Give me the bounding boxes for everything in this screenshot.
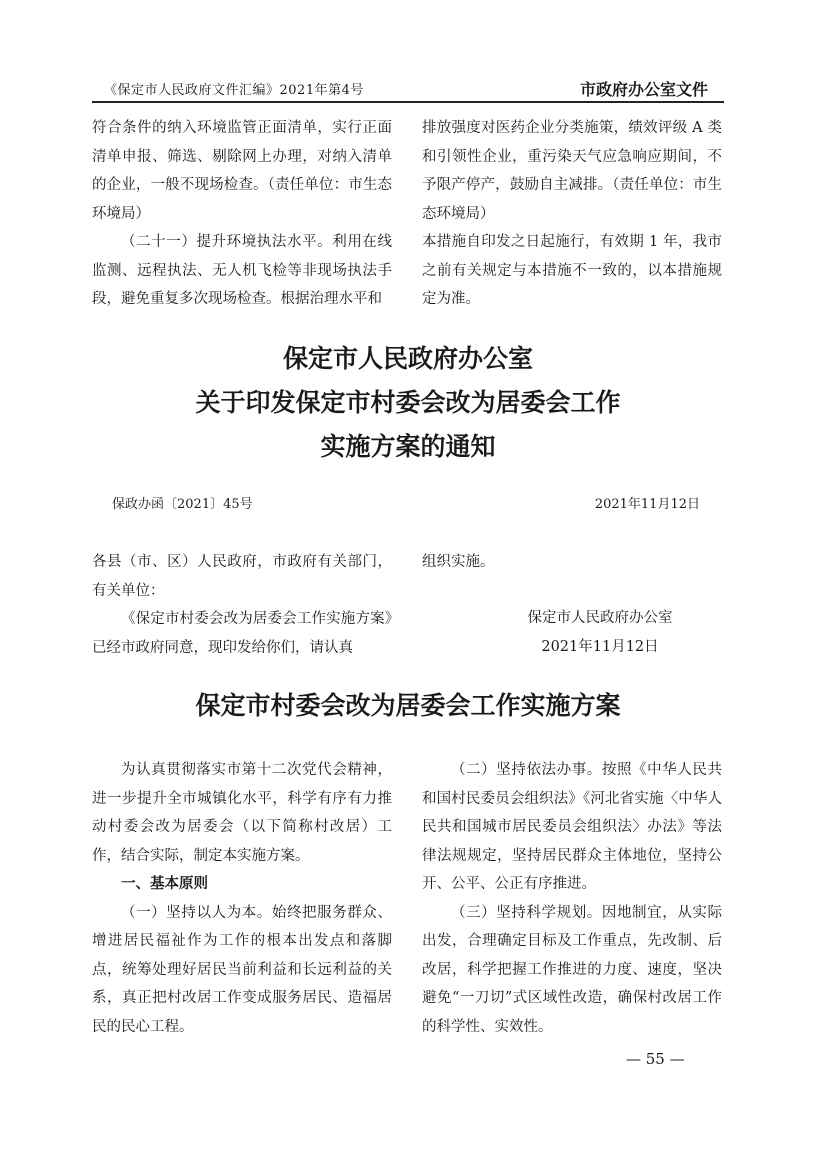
paragraph: （二十一）提升环境执法水平。利用在线监测、远程执法、无人机飞检等非现场执法手段，… (92, 228, 392, 314)
running-header-left: 《保定市人民政府文件汇编》2021年第4号 (104, 79, 364, 98)
paragraph: 符合条件的纳入环境监管正面清单，实行正面清单申报、筛选、剔除网上办理，对纳入清单… (92, 114, 392, 228)
doc-date: 2021年11月12日 (595, 493, 700, 512)
principle-1: （一）坚持以人为本。始终把服务群众、增进居民福祉作为工作的根本出发点和落脚点，统… (92, 899, 392, 1042)
notice-title-line: 保定市人民政府办公室 (0, 337, 816, 381)
notice-body: 《保定市村委会改为居委会工作实施方案》已经市政府同意，现印发给你们，请认真 (92, 605, 392, 662)
plan-intro: 为认真贯彻落实市第十二次党代会精神，进一步提升全市城镇化水平，科学有序有力推动村… (92, 756, 392, 870)
principle-3: （三）坚持科学规划。因地制宜，从实际出发，合理确定目标及工作重点，先改制、后改居… (422, 899, 722, 1042)
signature-org: 保定市人民政府办公室 (520, 603, 680, 633)
notice-title-line: 关于印发保定市村委会改为居委会工作 (0, 381, 816, 425)
running-header-right: 市政府办公室文件 (580, 77, 708, 100)
signature-date: 2021年11月12日 (520, 632, 680, 662)
notice-left-column: 各县（市、区）人民政府，市政府有关部门，有关单位： 《保定市村委会改为居委会工作… (92, 548, 392, 662)
notice-body-continued: 组织实施。 (422, 548, 722, 577)
paragraph: 本措施自印发之日起施行，有效期 1 年，我市之前有关规定与本措施不一致的，以本措… (422, 228, 722, 314)
plan-left-column: 为认真贯彻落实市第十二次党代会精神，进一步提升全市城镇化水平，科学有序有力推动村… (92, 756, 392, 1041)
section-heading: 一、基本原则 (92, 870, 392, 899)
notice-right-column: 组织实施。 (422, 548, 722, 577)
paragraph: 排放强度对医药企业分类施策，绩效评级 A 类和引领性企业，重污染天气应急响应期间… (422, 114, 722, 228)
plan-right-column: （二）坚持依法办事。按照《中华人民共和国村民委员会组织法》《河北省实施〈中华人民… (422, 756, 722, 1041)
plan-title: 保定市村委会改为居委会工作实施方案 (0, 686, 816, 722)
page-number: — 55 — (626, 1050, 685, 1068)
addressees: 各县（市、区）人民政府，市政府有关部门，有关单位： (92, 548, 392, 605)
doc-number: 保政办函〔2021〕45号 (112, 493, 253, 512)
principle-2: （二）坚持依法办事。按照《中华人民共和国村民委员会组织法》《河北省实施〈中华人民… (422, 756, 722, 899)
previous-doc-right-column: 排放强度对医药企业分类施策，绩效评级 A 类和引领性企业，重污染天气应急响应期间… (422, 114, 722, 314)
header-divider (92, 101, 724, 103)
notice-title: 保定市人民政府办公室 关于印发保定市村委会改为居委会工作 实施方案的通知 (0, 337, 816, 469)
notice-title-line: 实施方案的通知 (0, 425, 816, 469)
previous-doc-left-column: 符合条件的纳入环境监管正面清单，实行正面清单申报、筛选、剔除网上办理，对纳入清单… (92, 114, 392, 314)
